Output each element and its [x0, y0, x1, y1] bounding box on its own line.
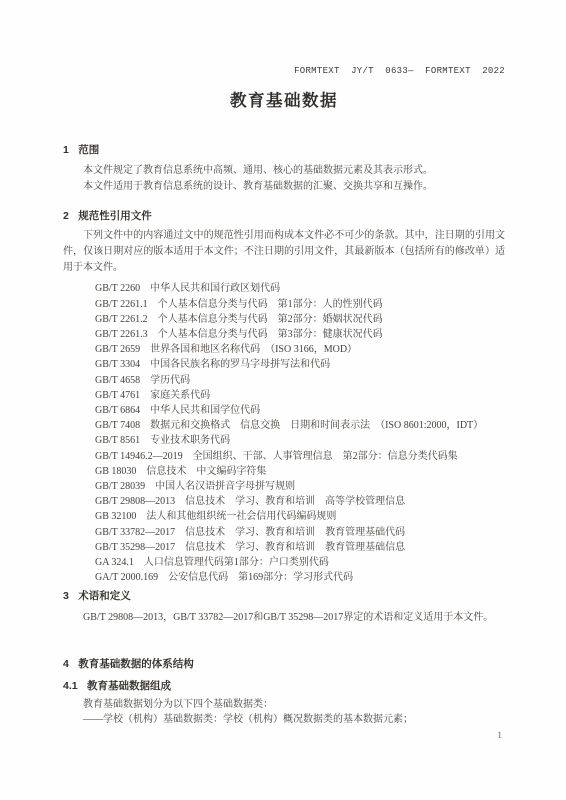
section-4-number: 4 [63, 658, 69, 670]
reference-item: GB/T 14946.2—2019 全国组织、干部、人事管理信息 第2部分：信息… [95, 449, 505, 464]
reference-item: GB/T 7408 数据元和交换格式 信息交换 日期和时间表示法 （ISO 86… [95, 418, 505, 433]
normative-reference-list: GB/T 2260 中华人民共和国行政区划代码 GB/T 2261.1 个人基本… [63, 281, 505, 585]
section-1-paragraph-1: 本文件规定了教育信息系统中高频、通用、核心的基础数据元素及其表示形式。 [63, 163, 505, 179]
section-1-heading: 1范围 [63, 143, 505, 157]
reference-item: GB/T 2261.1 个人基本信息分类与代码 第1部分：人的性别代码 [95, 297, 505, 312]
section-4-1-heading: 4.1教育基础数据组成 [63, 679, 505, 693]
reference-item: GB/T 2261.3 个人基本信息分类与代码 第3部分：健康状况代码 [95, 327, 505, 342]
section-4-1-paragraph: 教育基础数据划分为以下四个基础数据类： [63, 697, 505, 713]
reference-item: GB/T 29808—2013 信息技术 学习、教育和培训 高等学校管理信息 [95, 494, 505, 509]
section-4-1-list-item: ——学校（机构）基础数据类：学校（机构）概况数据类的基本数据元素； [63, 712, 505, 728]
reference-item: GB/T 4658 学历代码 [95, 373, 505, 388]
reference-item: GB/T 2260 中华人民共和国行政区划代码 [95, 281, 505, 296]
page-number: 1 [497, 731, 502, 741]
section-1-title: 范围 [78, 144, 99, 156]
section-4-title: 教育基础数据的体系结构 [78, 658, 194, 670]
document-title: 教育基础数据 [63, 90, 505, 112]
section-4-1-title: 教育基础数据组成 [87, 680, 171, 692]
section-2-heading: 2规范性引用文件 [63, 209, 505, 223]
reference-item: GB 18030 信息技术 中文编码字符集 [95, 464, 505, 479]
section-3-number: 3 [63, 590, 69, 602]
section-4-1-number: 4.1 [63, 680, 78, 692]
reference-item: GB/T 6864 中华人民共和国学位代码 [95, 403, 505, 418]
section-2-title: 规范性引用文件 [78, 210, 152, 222]
section-3-heading: 3术语和定义 [63, 589, 505, 603]
section-4-heading: 4教育基础数据的体系结构 [63, 657, 505, 671]
reference-item: GB/T 35298—2017 信息技术 学习、教育和培训 教育管理基础信息 [95, 540, 505, 555]
section-2-intro-paragraph: 下列文件中的内容通过文中的规范性引用而构成本文件必不可少的条款。其中，注日期的引… [63, 228, 505, 275]
section-2-number: 2 [63, 210, 69, 222]
reference-item: GB/T 3304 中国各民族名称的罗马字母拼写法和代码 [95, 357, 505, 372]
page-content: FORMTEXT JY/T 0633— FORMTEXT 2022 教育基础数据… [0, 0, 566, 728]
reference-item: GB/T 28039 中国人名汉语拼音字母拼写规则 [95, 479, 505, 494]
document-code-header: FORMTEXT JY/T 0633— FORMTEXT 2022 [63, 0, 505, 77]
section-3-paragraph: GB/T 29808—2013，GB/T 33782—2017和GB/T 352… [63, 610, 505, 626]
reference-item: GB 32100 法人和其他组织统一社会信用代码编码规则 [95, 509, 505, 524]
reference-item: GB/T 4761 家庭关系代码 [95, 388, 505, 403]
document-page: FORMTEXT JY/T 0633— FORMTEXT 2022 教育基础数据… [0, 0, 566, 800]
reference-item: GB/T 8561 专业技术职务代码 [95, 433, 505, 448]
reference-item: GA/T 2000.169 公安信息代码 第169部分：学习形式代码 [95, 570, 505, 585]
reference-item: GB/T 33782—2017 信息技术 学习、教育和培训 教育管理基础代码 [95, 525, 505, 540]
section-1-number: 1 [63, 144, 69, 156]
section-3-title: 术语和定义 [78, 590, 131, 602]
section-1-paragraph-2: 本文件适用于教育信息系统的设计、教育基础数据的汇聚、交换共享和互操作。 [63, 179, 505, 195]
reference-item: GA 324.1 人口信息管理代码第1部分：户口类别代码 [95, 555, 505, 570]
reference-item: GB/T 2659 世界各国和地区名称代码 （ISO 3166，MOD） [95, 342, 505, 357]
reference-item: GB/T 2261.2 个人基本信息分类与代码 第2部分：婚姻状况代码 [95, 312, 505, 327]
